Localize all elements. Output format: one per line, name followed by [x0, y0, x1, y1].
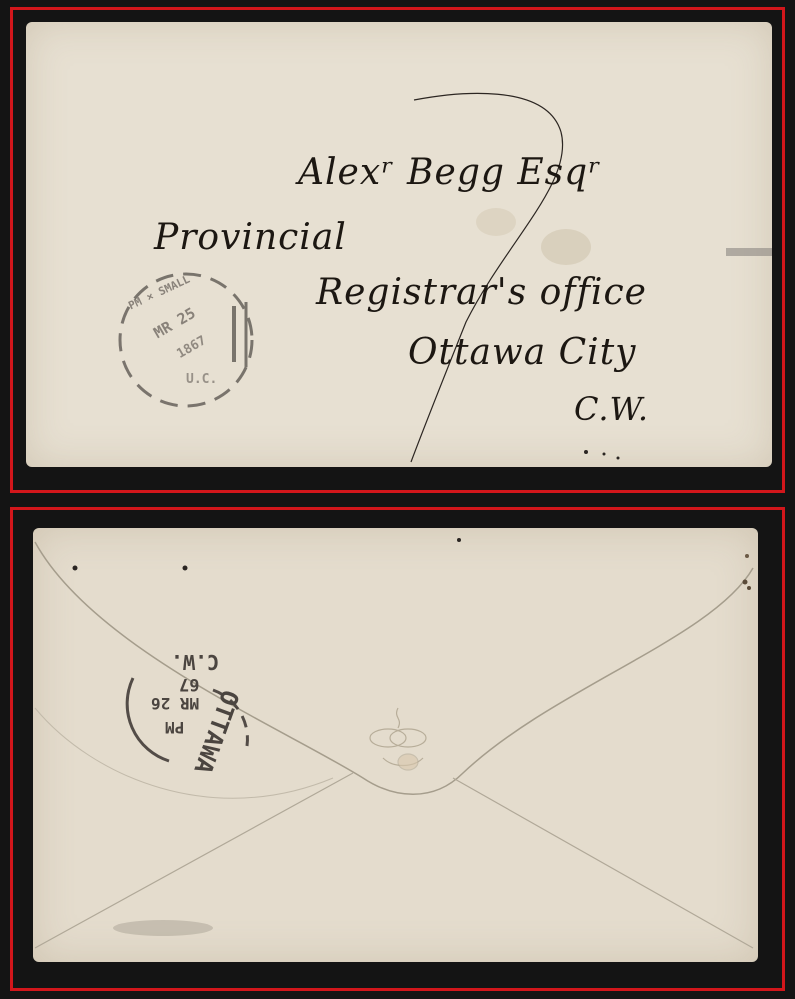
- envelope-back: OTTAWA PM MR 26 67 C.W.: [33, 528, 758, 962]
- front-marks: [26, 22, 772, 467]
- address-line-5: C.W.: [574, 390, 649, 428]
- address-line-1: Alexʳ Begg Esqʳ: [298, 152, 602, 193]
- address-line-4: Ottawa City: [408, 332, 637, 373]
- back-flaps: [33, 528, 758, 962]
- address-line-2: Provincial: [154, 217, 347, 258]
- address-line-3: Registrar's office: [316, 272, 647, 313]
- back-postmark-province: C.W.: [171, 650, 219, 674]
- back-postmark-time: PM: [165, 718, 184, 737]
- envelope-front: Alexʳ Begg Esqʳ Provincial Registrar's o…: [26, 22, 772, 467]
- embossed-seal: [370, 708, 426, 770]
- front-postmark-bottom: U.C.: [186, 372, 217, 387]
- back-postmark-year: 67: [179, 674, 199, 694]
- back-postmark-date: MR 26: [151, 694, 199, 713]
